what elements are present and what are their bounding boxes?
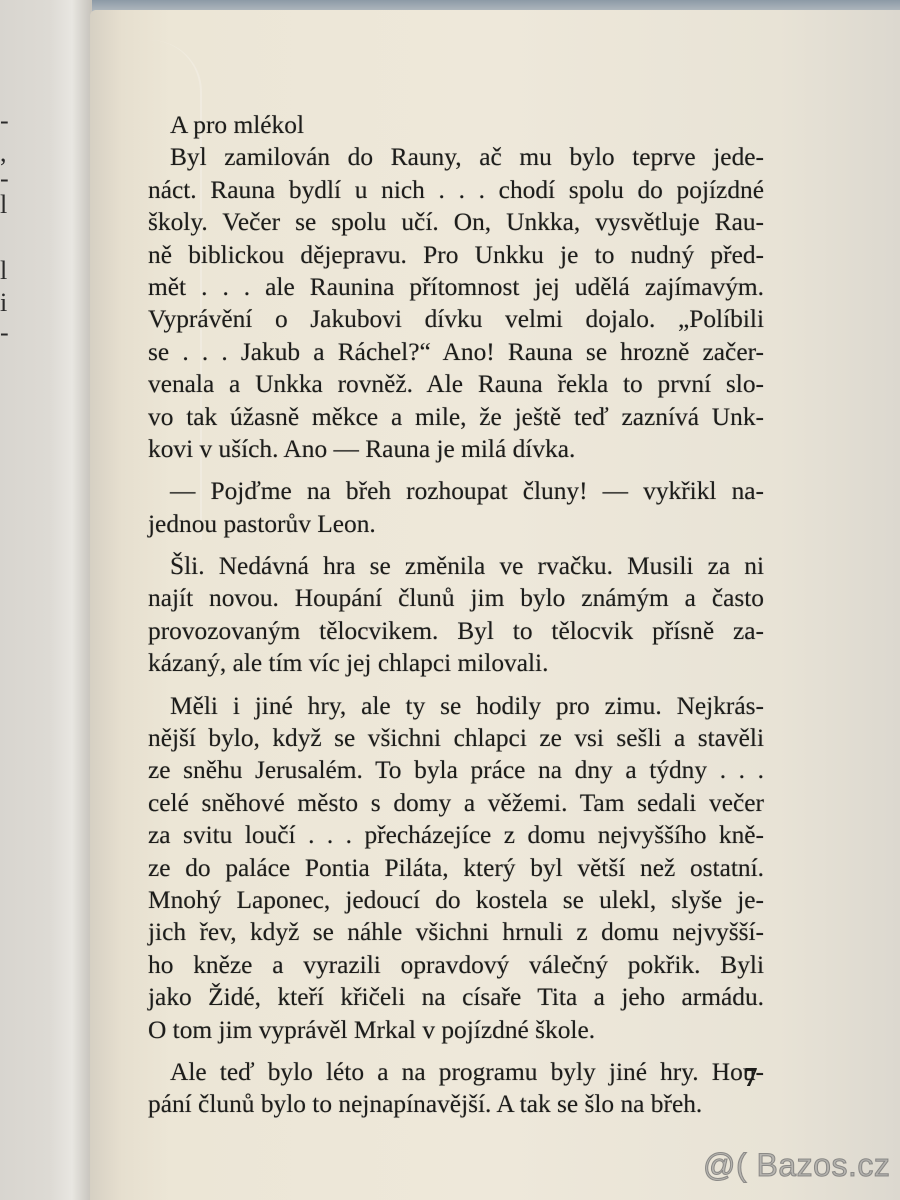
left-page-text-fragment: l xyxy=(0,258,7,284)
paragraph-gap xyxy=(148,540,764,550)
text-line: se . . . Jakub a Ráchel?“ Ano! Rauna se … xyxy=(148,336,764,368)
text-line: ho kněze a vyrazili opravdový válečný po… xyxy=(148,949,764,981)
text-line: jich řev, když se náhle všichni hrnuli z… xyxy=(148,916,764,948)
text-line: Šli. Nedávná hra se změnila ve rvačku. M… xyxy=(148,550,764,582)
text-line: ně biblickou dějepravu. Pro Unkku je to … xyxy=(148,239,764,271)
text-line: A pro mlékol xyxy=(148,109,764,141)
text-line: Měli i jiné hry, ale ty se hodily pro zi… xyxy=(148,690,764,722)
text-line: vo tak úžasně měkce a mile, že ještě teď… xyxy=(148,401,764,433)
text-line: kovi v uších. Ano — Rauna je milá dívka. xyxy=(148,433,764,465)
left-page-text-fragment: - xyxy=(0,108,9,134)
left-page-text-fragment: , xyxy=(0,140,7,166)
left-page-text-fragment: i xyxy=(0,290,7,316)
text-line: mět . . . ale Raunina přítomnost jej udě… xyxy=(148,271,764,303)
text-line: ze do paláce Pontia Piláta, který byl vě… xyxy=(148,852,764,884)
paragraph: Šli. Nedávná hra se změnila ve rvačku. M… xyxy=(148,550,764,680)
text-line: venala a Unkka rovněž. Ale Rauna řekla t… xyxy=(148,368,764,400)
paragraph: Měli i jiné hry, ale ty se hodily pro zi… xyxy=(148,690,764,1046)
text-line: Ale teď bylo léto a na programu byly jin… xyxy=(148,1056,764,1088)
text-line: kázaný, ale tím víc jej chlapci milovali… xyxy=(148,647,764,679)
facing-left-page: - , - l l i - xyxy=(0,0,90,1200)
text-line: školy. Večer se spolu učí. On, Unkka, vy… xyxy=(148,206,764,238)
left-page-text-fragment: - xyxy=(0,166,9,192)
text-line: ze sněhu Jerusalém. To byla práce na dny… xyxy=(148,754,764,786)
paragraph: — Pojďme na břeh rozhoupat čluny! — vykř… xyxy=(148,475,764,540)
text-line: jako Židé, kteří křičeli na císaře Tita … xyxy=(148,981,764,1013)
page-number: 7 xyxy=(744,1062,758,1093)
text-line: nější bylo, když se všichni chlapci ze v… xyxy=(148,722,764,754)
paragraph-gap xyxy=(148,1121,764,1131)
paragraph: Byl zamilován do Rauny, ač mu bylo teprv… xyxy=(148,141,764,465)
text-line: Vyprávění o Jakubovi dívku velmi dojalo.… xyxy=(148,303,764,335)
paragraph: Ale teď bylo léto a na programu byly jin… xyxy=(148,1056,764,1121)
text-line: provozovaným tělocvikem. Byl to tělocvik… xyxy=(148,615,764,647)
text-line: za svitu loučí . . . přecházejíce z domu… xyxy=(148,819,764,851)
text-line: celé sněhové město s domy a věžemi. Tam … xyxy=(148,787,764,819)
paragraph-gap xyxy=(148,680,764,690)
page-text: A pro mlékolByl zamilován do Rauny, ač m… xyxy=(148,109,764,1131)
text-line: Mnohý Laponec, jedoucí do kostela se ule… xyxy=(148,884,764,916)
left-page-text-fragment: l xyxy=(0,192,7,218)
text-line: najít novou. Houpání člunů jim bylo znám… xyxy=(148,582,764,614)
text-line: jednou pastorův Leon. xyxy=(148,508,764,540)
watermark: @( Bazos.cz xyxy=(703,1147,890,1184)
paragraph: A pro mlékol xyxy=(148,109,764,141)
text-line: pání člunů bylo to nejnapínavější. A tak… xyxy=(148,1088,764,1120)
text-line: O tom jim vyprávěl Mrkal v pojízdné škol… xyxy=(148,1014,764,1046)
paragraph-gap xyxy=(148,465,764,475)
text-line: náct. Rauna bydlí u nich . . . chodí spo… xyxy=(148,174,764,206)
text-line: — Pojďme na břeh rozhoupat čluny! — vykř… xyxy=(148,475,764,507)
paragraph-gap xyxy=(148,1046,764,1056)
text-line: Byl zamilován do Rauny, ač mu bylo teprv… xyxy=(148,141,764,173)
left-page-text-fragment: - xyxy=(0,320,9,346)
